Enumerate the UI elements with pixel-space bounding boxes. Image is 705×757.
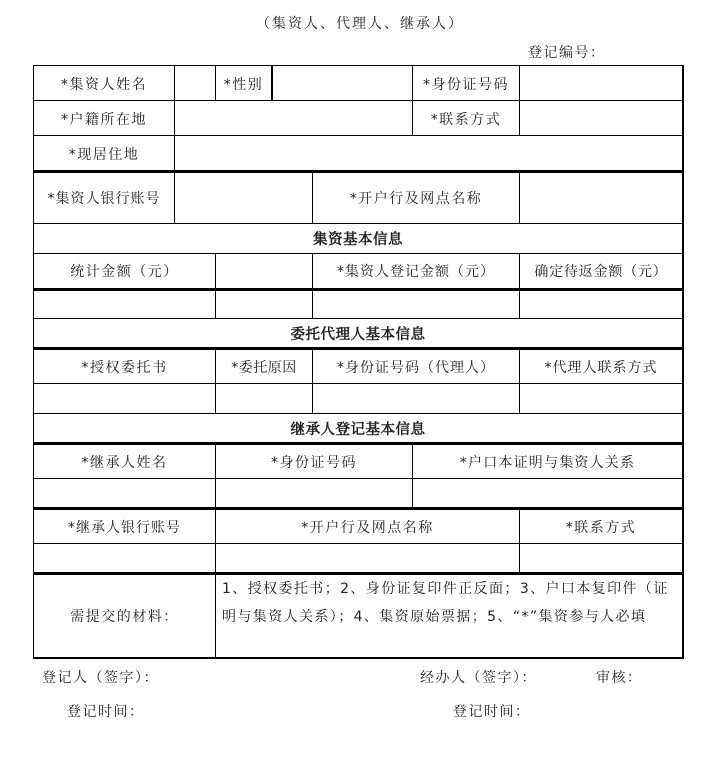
household-field[interactable]: [175, 101, 412, 136]
contact-field[interactable]: [520, 101, 682, 136]
residence-label: *现居住地: [34, 136, 174, 171]
id-number-field[interactable]: [520, 66, 682, 101]
agent-id-label: *身份证号码（代理人）: [313, 350, 519, 383]
heir-contact-field[interactable]: [520, 544, 682, 572]
agent-input-2[interactable]: [216, 384, 312, 413]
bank-account-field[interactable]: [175, 173, 312, 223]
bank-account-label: *集资人银行账号: [34, 173, 174, 223]
materials-label: 需提交的材料：: [34, 575, 215, 657]
funding-input-2[interactable]: [216, 291, 312, 318]
heir-bank-account-field[interactable]: [34, 544, 215, 572]
heir-relation-field[interactable]: [413, 479, 682, 507]
heir-id-label: *身份证号码: [216, 445, 412, 478]
agent-input-1[interactable]: [34, 384, 215, 413]
gender-field[interactable]: [273, 66, 412, 101]
gender-label: *性别: [216, 66, 271, 101]
materials-text: 1、授权委托书；2、身份证复印件正反面；3、户口本复印件（证明与集资人关系）；4…: [222, 575, 674, 631]
registration-number-label: 登记编号：: [528, 42, 606, 62]
heir-name-label: *继承人姓名: [34, 445, 215, 478]
authorization-letter-label: *授权委托书: [34, 350, 215, 383]
investor-name-field[interactable]: [175, 66, 215, 101]
registrant-signature-label: 登记人（签字）：: [42, 667, 159, 687]
registered-amount-label: *集资人登记金额（元）: [313, 254, 519, 288]
statistic-amount-label: 统计金额（元）: [34, 254, 215, 288]
statistic-amount-field[interactable]: [216, 254, 312, 288]
bank-branch-field[interactable]: [520, 173, 682, 223]
agent-section-title: 委托代理人基本信息: [34, 319, 682, 347]
heir-id-field[interactable]: [216, 479, 412, 507]
col-divider: [215, 572, 216, 658]
contact-label: *联系方式: [413, 101, 519, 136]
heir-section-title: 继承人登记基本信息: [34, 414, 682, 442]
heir-bank-account-label: *继承人银行账号: [34, 510, 215, 543]
agent-input-3[interactable]: [313, 384, 519, 413]
heir-contact-label: *联系方式: [520, 510, 682, 543]
heir-bank-branch-field[interactable]: [216, 544, 519, 572]
agent-contact-label: *代理人联系方式: [520, 350, 682, 383]
refund-amount-label: 确定待返金额（元）: [520, 254, 682, 288]
delegation-reason-label: *委托原因: [216, 350, 312, 383]
investor-name-label: *集资人姓名: [34, 66, 174, 101]
registration-time-left-label: 登记时间：: [67, 701, 145, 721]
heir-relation-label: *户口本证明与集资人关系: [413, 445, 682, 478]
funding-input-3[interactable]: [313, 291, 519, 318]
table-border-bottom: [33, 657, 684, 659]
funding-section-title: 集资基本信息: [34, 224, 682, 253]
residence-field[interactable]: [175, 136, 682, 171]
form-subtitle: （集资人、代理人、继承人）: [256, 13, 464, 33]
id-number-label: *身份证号码: [413, 66, 519, 101]
heir-name-field[interactable]: [34, 479, 215, 507]
household-label: *户籍所在地: [34, 101, 174, 136]
agent-input-4[interactable]: [520, 384, 682, 413]
funding-input-1[interactable]: [34, 291, 215, 318]
table-border-right: [682, 65, 684, 659]
review-label: 审核：: [596, 667, 643, 687]
registration-time-right-label: 登记时间：: [453, 701, 531, 721]
funding-input-4[interactable]: [520, 291, 682, 318]
bank-branch-label: *开户行及网点名称: [313, 173, 519, 223]
heir-bank-branch-label: *开户行及网点名称: [216, 510, 519, 543]
handler-signature-label: 经办人（签字）：: [420, 667, 537, 687]
